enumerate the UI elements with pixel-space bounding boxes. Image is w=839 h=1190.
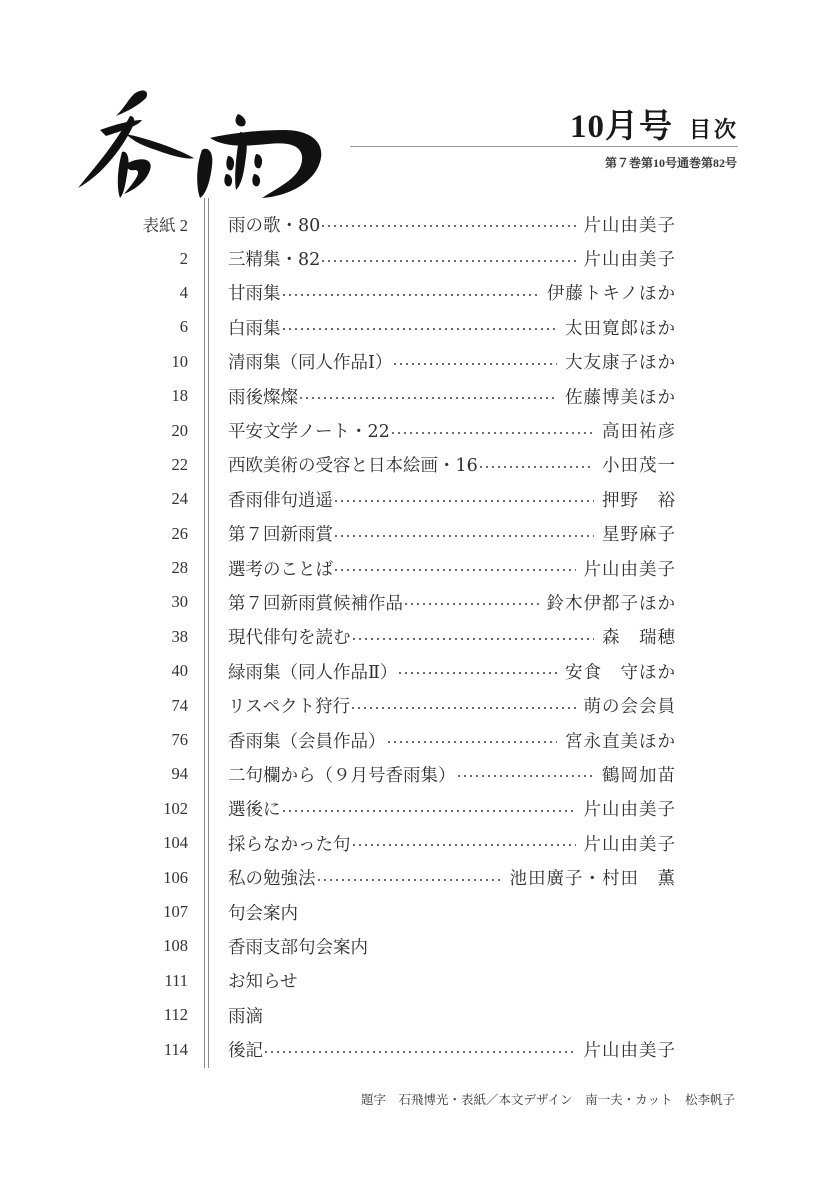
dot-leader <box>386 740 558 744</box>
issue-month: 10月号 <box>570 100 673 147</box>
toc-row[interactable]: 107句会案内 <box>0 895 839 929</box>
toc-row[interactable]: 4甘雨集伊藤トキノほか <box>0 276 839 310</box>
page-number: 38 <box>172 627 189 647</box>
toc-entry[interactable]: 清雨集（同人作品Ⅰ）大友康子ほか <box>228 349 676 374</box>
table-of-contents: 表紙 2雨の歌・80片山由美子2三精集・82片山由美子4甘雨集伊藤トキノほか6白… <box>0 207 839 1067</box>
entry-title: 第７回新雨賞 <box>228 521 333 546</box>
toc-entry[interactable]: 白雨集太田寛郎ほか <box>228 315 676 340</box>
dot-leader <box>397 671 557 675</box>
entry-author: 佐藤博美ほか <box>565 384 676 409</box>
toc-row[interactable]: 24香雨俳句逍遥押野 裕 <box>0 482 839 516</box>
entry-title: 雨滴 <box>228 1003 263 1028</box>
toc-entry[interactable]: 西欧美術の受容と日本絵画・16小田茂一 <box>228 452 676 477</box>
toc-row[interactable]: 6白雨集太田寛郎ほか <box>0 310 839 344</box>
entry-title: 第７回新雨賞候補作品 <box>228 590 403 615</box>
toc-row[interactable]: 26第７回新雨賞星野麻子 <box>0 517 839 551</box>
entry-title: 二句欄から（９月号香雨集） <box>228 762 456 787</box>
page-number: 111 <box>164 971 188 991</box>
page-number: 6 <box>180 317 188 337</box>
toc-entry[interactable]: 第７回新雨賞星野麻子 <box>228 521 676 546</box>
toc-entry[interactable]: 香雨俳句逍遥押野 裕 <box>228 487 676 512</box>
page-number: 107 <box>163 902 188 922</box>
page-number: 28 <box>172 558 189 578</box>
dot-leader <box>281 809 576 813</box>
dot-leader <box>333 534 594 538</box>
entry-title: 雨の歌・80 <box>228 212 320 237</box>
toc-row[interactable]: 40緑雨集（同人作品Ⅱ）安食 守ほか <box>0 654 839 688</box>
entry-title: 清雨集（同人作品Ⅰ） <box>228 349 392 374</box>
entry-author: 森 瑞穂 <box>602 624 676 649</box>
entry-title: 採らなかった句 <box>228 831 351 856</box>
dot-leader <box>320 259 575 263</box>
toc-row[interactable]: 108香雨支部句会案内 <box>0 929 839 963</box>
volume-info: 第７巻第10号通巻第82号 <box>605 154 737 171</box>
page-number: 20 <box>172 421 189 441</box>
toc-row[interactable]: 28選考のことば片山由美子 <box>0 551 839 585</box>
entry-title: 選後に <box>228 796 281 821</box>
toc-row[interactable]: 106私の勉強法池田廣子・村田 薫 <box>0 860 839 894</box>
toc-row[interactable]: 22西欧美術の受容と日本絵画・16小田茂一 <box>0 448 839 482</box>
entry-author: 片山由美子 <box>584 796 677 821</box>
entry-title: 後記 <box>228 1037 263 1062</box>
credits-footer: 題字 石飛博光・表紙／本文デザイン 南一夫・カット 松李帆子 <box>361 1090 735 1108</box>
entry-title: 香雨支部句会案内 <box>228 934 368 959</box>
toc-row[interactable]: 20平安文学ノート・22高田祐彦 <box>0 413 839 447</box>
entry-title: 平安文学ノート・22 <box>228 418 390 443</box>
toc-row[interactable]: 74リスペクト狩行萌の会会員 <box>0 688 839 722</box>
toc-row[interactable]: 111お知らせ <box>0 964 839 998</box>
page-number: 106 <box>163 868 188 888</box>
entry-author: 安食 守ほか <box>565 659 676 684</box>
toc-row[interactable]: 94二句欄から（９月号香雨集）鶴岡加苗 <box>0 757 839 791</box>
page-number: 114 <box>164 1040 188 1060</box>
toc-row[interactable]: 30第７回新雨賞候補作品鈴木伊都子ほか <box>0 585 839 619</box>
entry-author: 片山由美子 <box>584 556 677 581</box>
dot-leader <box>351 637 595 641</box>
dot-leader <box>281 327 558 331</box>
dot-leader <box>403 602 539 606</box>
entry-author: 大友康子ほか <box>565 349 676 374</box>
dot-leader <box>333 499 594 503</box>
toc-entry[interactable]: 平安文学ノート・22高田祐彦 <box>228 418 676 443</box>
toc-row[interactable]: 2三精集・82片山由美子 <box>0 241 839 275</box>
dot-leader <box>456 774 595 778</box>
toc-entry[interactable]: 現代俳句を読む森 瑞穂 <box>228 624 676 649</box>
toc-entry[interactable]: 採らなかった句片山由美子 <box>228 831 676 856</box>
page-number: 24 <box>172 489 189 509</box>
entry-author: 鶴岡加苗 <box>602 762 676 787</box>
page-number: 108 <box>163 936 188 956</box>
entry-title: 香雨集（会員作品） <box>228 728 386 753</box>
entry-title: 香雨俳句逍遥 <box>228 487 333 512</box>
dot-leader <box>392 362 557 366</box>
dot-leader <box>263 1050 576 1054</box>
entry-title: リスペクト狩行 <box>228 693 350 718</box>
toc-entry[interactable]: リスペクト狩行萌の会会員 <box>228 693 676 718</box>
page-number: 22 <box>172 455 189 475</box>
page-number: 4 <box>180 283 188 303</box>
toc-entry[interactable]: 緑雨集（同人作品Ⅱ）安食 守ほか <box>228 659 676 684</box>
toc-row[interactable]: 104採らなかった句片山由美子 <box>0 826 839 860</box>
entry-title: 三精集・82 <box>228 246 320 271</box>
toc-entry[interactable]: 香雨支部句会案内 <box>228 934 676 959</box>
page-number: 2 <box>180 249 188 269</box>
entry-author: 片山由美子 <box>584 246 677 271</box>
dot-leader <box>316 878 502 882</box>
dot-leader <box>390 431 594 435</box>
entry-author: 押野 裕 <box>602 487 676 512</box>
page-number: 40 <box>172 661 189 681</box>
dot-leader <box>478 465 594 469</box>
toc-row[interactable]: 18雨後燦燦佐藤博美ほか <box>0 379 839 413</box>
entry-author: 小田茂一 <box>602 452 676 477</box>
entry-title: 私の勉強法 <box>228 865 316 890</box>
page-number: 104 <box>163 833 188 853</box>
toc-entry[interactable]: 第７回新雨賞候補作品鈴木伊都子ほか <box>228 590 676 615</box>
toc-entry[interactable]: 選考のことば片山由美子 <box>228 556 676 581</box>
header-rule <box>350 146 738 147</box>
entry-author: 片山由美子 <box>584 1037 677 1062</box>
toc-entry[interactable]: 雨の歌・80片山由美子 <box>228 212 676 237</box>
entry-author: 星野麻子 <box>602 521 676 546</box>
toc-row[interactable]: 表紙 2雨の歌・80片山由美子 <box>0 207 839 241</box>
page-number: 表紙 2 <box>143 212 188 236</box>
entry-title: 現代俳句を読む <box>228 624 351 649</box>
toc-entry[interactable]: 雨滴 <box>228 1003 676 1028</box>
entry-title: 甘雨集 <box>228 280 281 305</box>
toc-entry[interactable]: 私の勉強法池田廣子・村田 薫 <box>228 865 676 890</box>
toc-entry[interactable]: 三精集・82片山由美子 <box>228 246 676 271</box>
entry-title: 白雨集 <box>228 315 281 340</box>
toc-entry[interactable]: 二句欄から（９月号香雨集）鶴岡加苗 <box>228 762 676 787</box>
entry-author: 池田廣子・村田 薫 <box>510 865 677 890</box>
page-number: 74 <box>172 696 189 716</box>
page-number: 26 <box>172 524 189 544</box>
dot-leader <box>298 396 557 400</box>
brush-logo-icon <box>76 86 326 206</box>
entry-title: 緑雨集（同人作品Ⅱ） <box>228 659 397 684</box>
toc-row[interactable]: 38現代俳句を読む森 瑞穂 <box>0 620 839 654</box>
entry-title: 西欧美術の受容と日本絵画・16 <box>228 452 478 477</box>
dot-leader <box>333 568 576 572</box>
entry-title: 選考のことば <box>228 556 333 581</box>
dot-leader <box>281 293 539 297</box>
toc-entry[interactable]: 後記片山由美子 <box>228 1037 676 1062</box>
page-number: 76 <box>172 730 189 750</box>
entry-author: 片山由美子 <box>584 212 677 237</box>
dot-leader <box>350 706 575 710</box>
page-number: 10 <box>172 352 189 372</box>
page-number: 18 <box>172 386 189 406</box>
entry-author: 太田寛郎ほか <box>565 315 676 340</box>
entry-author: 伊藤トキノほか <box>547 280 676 305</box>
entry-author: 鈴木伊都子ほか <box>547 590 677 615</box>
entry-author: 片山由美子 <box>584 831 677 856</box>
entry-title: 雨後燦燦 <box>228 384 298 409</box>
issue-heading: 10月号 目次 <box>570 100 739 147</box>
page-number: 94 <box>172 764 189 784</box>
page-number: 30 <box>172 592 189 612</box>
toc-row[interactable]: 10清雨集（同人作品Ⅰ）大友康子ほか <box>0 345 839 379</box>
toc-entry[interactable]: 句会案内 <box>228 900 676 925</box>
toc-entry[interactable]: お知らせ <box>228 968 676 993</box>
entry-title: お知らせ <box>228 968 297 993</box>
calligraphy-logo <box>76 86 326 206</box>
entry-title: 句会案内 <box>228 900 298 925</box>
page-number: 112 <box>164 1005 188 1025</box>
toc-entry[interactable]: 香雨集（会員作品）宮永直美ほか <box>228 728 676 753</box>
entry-author: 高田祐彦 <box>602 418 676 443</box>
toc-row[interactable]: 76香雨集（会員作品）宮永直美ほか <box>0 723 839 757</box>
toc-row[interactable]: 114後記片山由美子 <box>0 1032 839 1066</box>
toc-label: 目次 <box>689 113 739 144</box>
entry-author: 萌の会会員 <box>584 693 677 718</box>
toc-row[interactable]: 102選後に片山由美子 <box>0 792 839 826</box>
entry-author: 宮永直美ほか <box>565 728 676 753</box>
toc-entry[interactable]: 甘雨集伊藤トキノほか <box>228 280 676 305</box>
dot-leader <box>351 843 576 847</box>
page-number: 102 <box>163 799 188 819</box>
dot-leader <box>320 224 575 228</box>
toc-entry[interactable]: 雨後燦燦佐藤博美ほか <box>228 384 676 409</box>
toc-entry[interactable]: 選後に片山由美子 <box>228 796 676 821</box>
toc-row[interactable]: 112雨滴 <box>0 998 839 1032</box>
